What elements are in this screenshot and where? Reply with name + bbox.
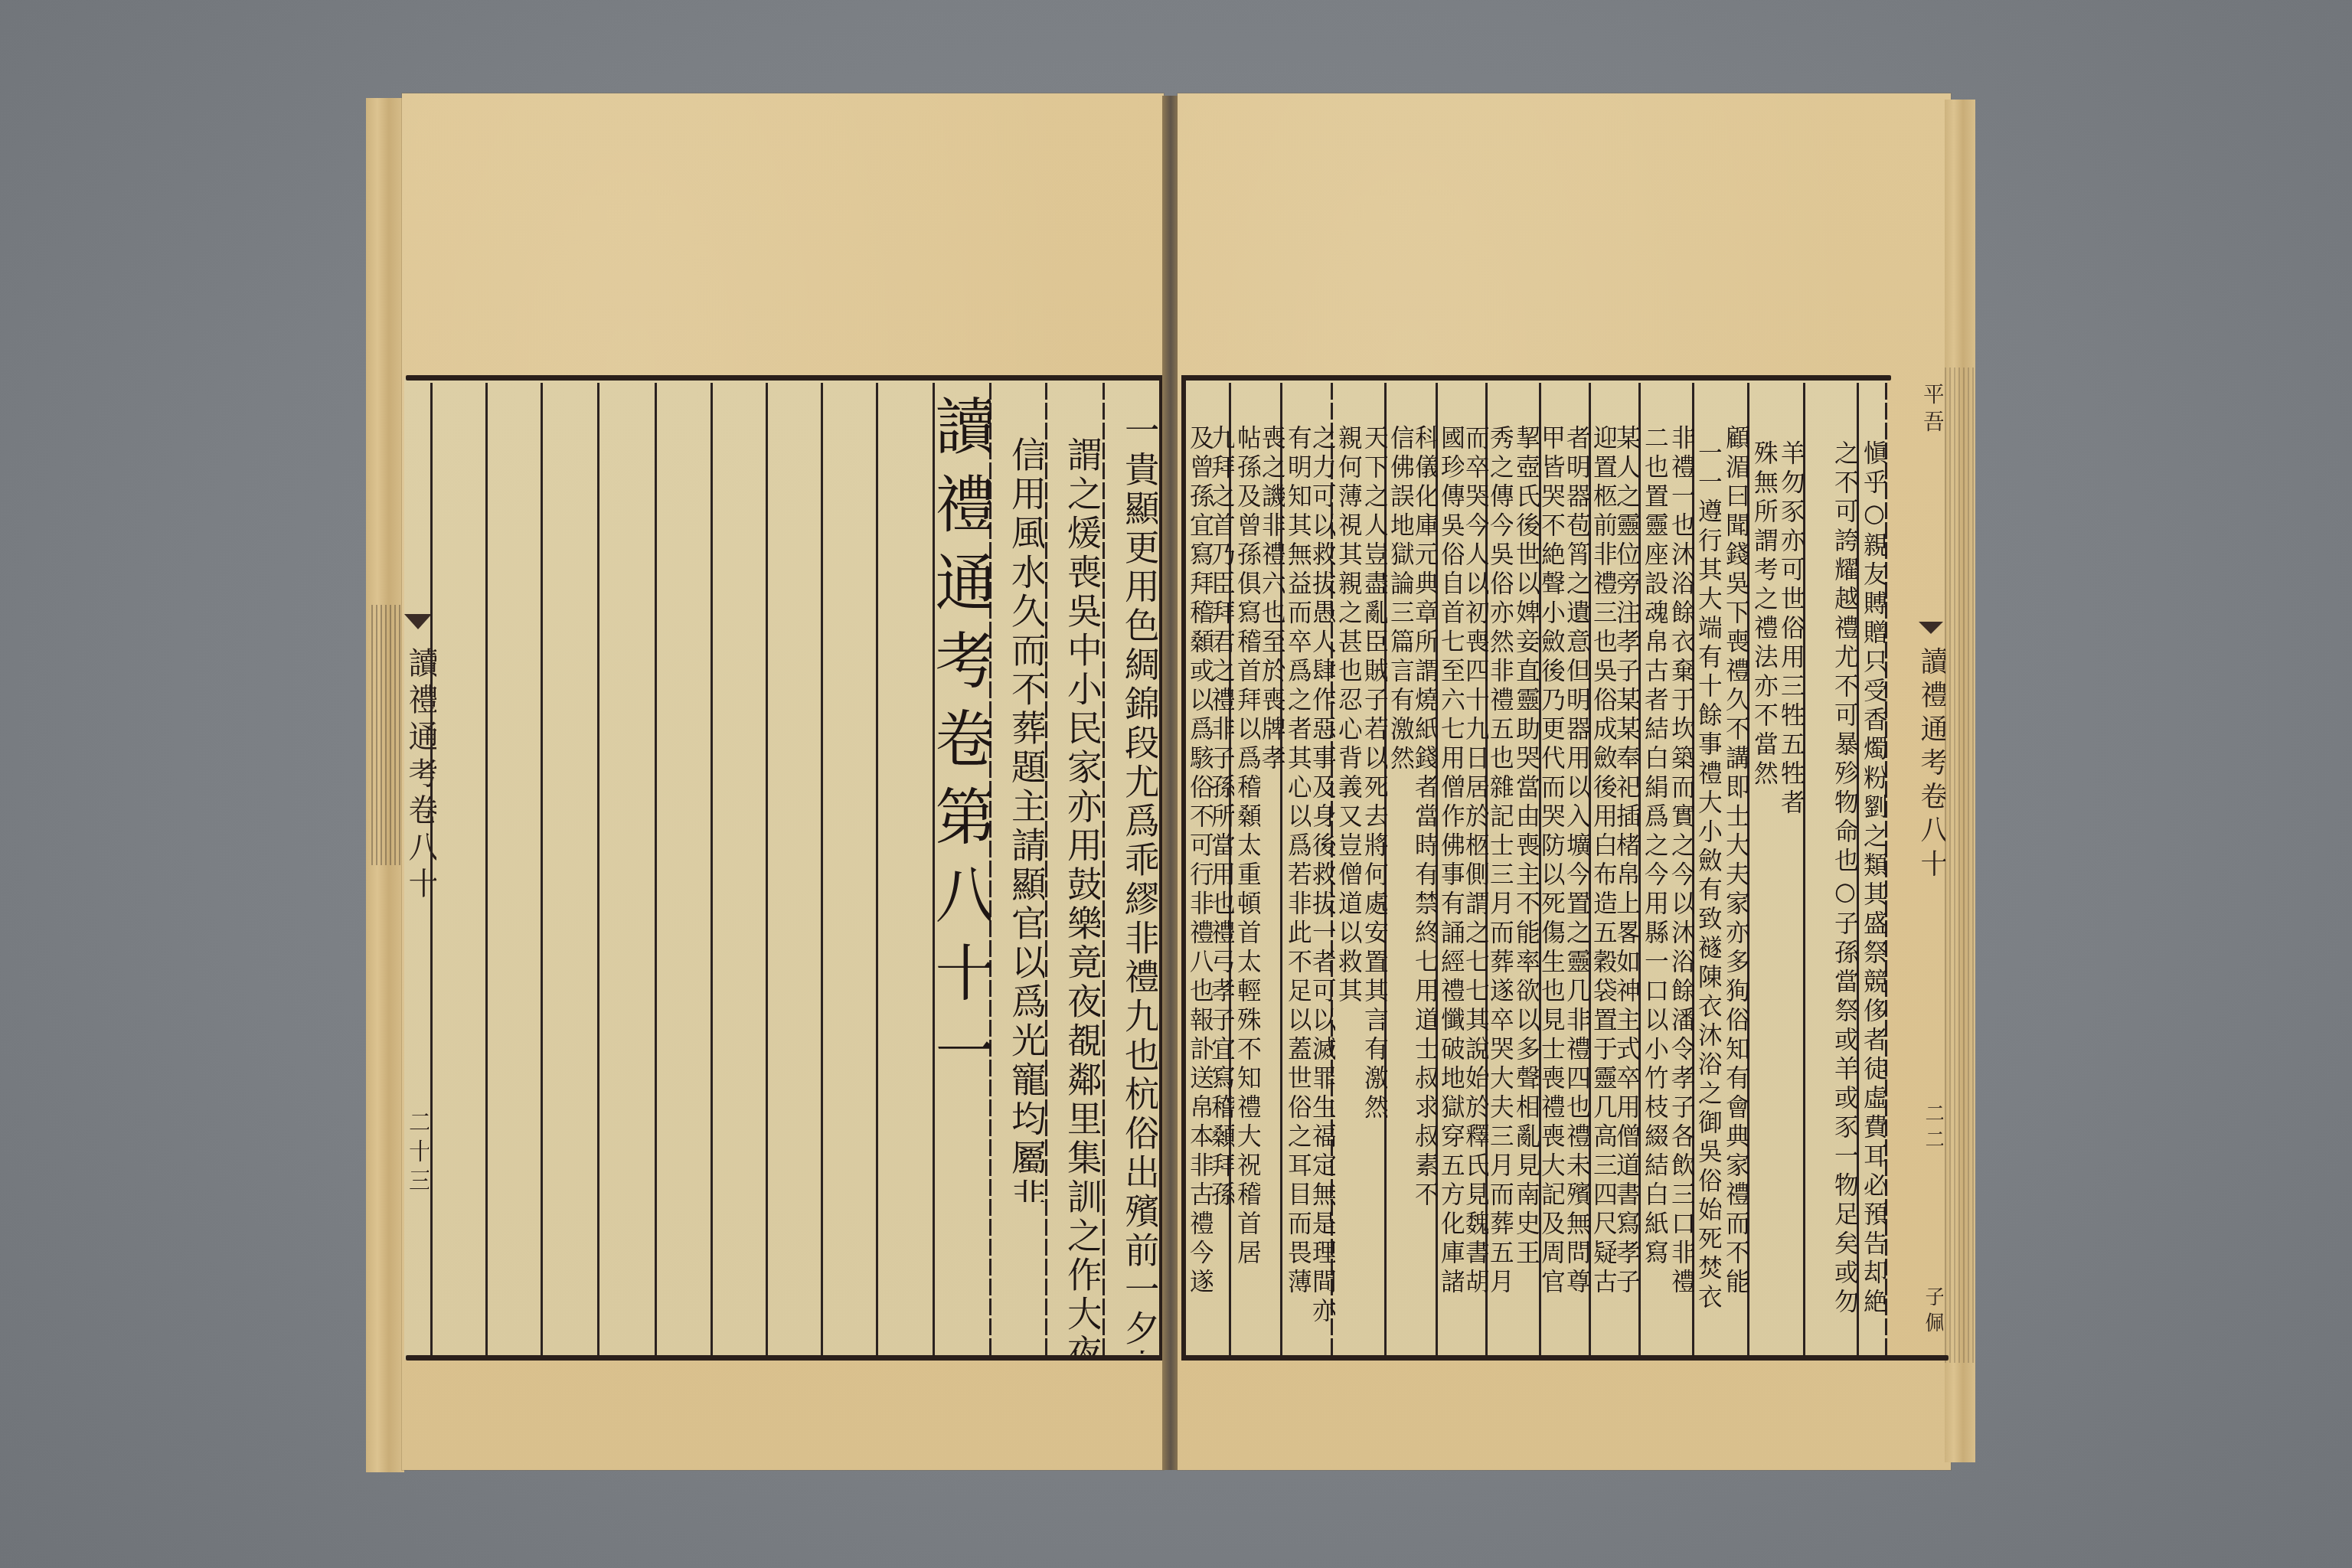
right-page-number: 二二 (1923, 1102, 1943, 1164)
right-frame-top-border (1183, 375, 1891, 381)
chapter-end-title: 讀禮通考卷第八十一 (933, 394, 991, 1083)
right-text-column: 殊無所謂考之禮法亦不當然 (1749, 440, 1777, 1355)
column-rule (485, 383, 488, 1355)
column-rule (766, 383, 768, 1355)
left-fold-ink-stain (371, 605, 402, 865)
right-text-column: 愼乎○親友賻贈只受香燭粉劉之類其盛祭競侈者徒虛費耳必預告却絶 (1859, 440, 1886, 1355)
left-page-printed-area (404, 378, 1162, 1360)
right-text-column: 科儀化庫元典章所謂燒紙錢者當時有禁終七用道士叔求叔素不 (1410, 425, 1438, 1355)
right-text-column: 有明知其無益而卒爲之者其心以爲若非此不足以蓋世俗之耳目而畏薄 (1283, 425, 1311, 1355)
left-fold-fishtail-mark (404, 614, 432, 629)
column-rule (1045, 383, 1047, 1355)
right-text-column: 顧湄曰聞錢吳下喪禮久不講即士大夫家亦多狥俗知有會典家禮而不能 (1721, 425, 1749, 1355)
right-text-column: 而卒哭今人以初喪四十九日居於柩側謂之七七其說始於釋氏見魏書胡 (1461, 425, 1488, 1355)
right-text-column: 信佛誤地獄論三篇言有激然 (1386, 425, 1413, 1355)
right-text-column: 親何薄視其親之甚也忍心背義又豈僧道以救其 (1334, 425, 1361, 1355)
column-rule (821, 383, 823, 1355)
right-text-column: 國珍傳吳俗自首七至六七用僧作佛事有誦經禮懺破地獄穿五方化庫諸 (1436, 425, 1464, 1355)
column-rule (597, 383, 599, 1355)
right-text-column: 者明器苞筲之遺意但明器用以入壙今置之靈几非禮四也禮未殯無問尊 (1562, 425, 1589, 1355)
column-rule (1102, 383, 1105, 1355)
right-header-mark: 平吾 (1922, 383, 1943, 459)
right-text-column: 一一遵行其大端有十餘事禮大小斂有致襚陳衣沐浴之御吳俗始死焚衣 (1694, 440, 1721, 1355)
book-gutter (1162, 96, 1179, 1470)
right-fold-title: 讀禮通考卷八十一 (1918, 647, 1945, 877)
left-frame-top-border (406, 375, 1164, 381)
column-rule (710, 383, 713, 1355)
right-fold-fishtail-mark (1919, 622, 1943, 634)
right-text-column: 迎置柩前非禮三也吳俗成斂後用白布造五穀袋置于靈几高三四尺疑古 (1589, 425, 1616, 1355)
right-text-column: 羊勿豕亦可世俗用三牲五牲者 (1776, 440, 1804, 1355)
right-fold-ink-stain (1945, 367, 1975, 1363)
column-rule (430, 383, 433, 1355)
right-carver-mark: 子佩 (1923, 1286, 1943, 1347)
right-text-column: 挈壺氏後世以婢妾直靈助哭當由喪主不能率欲以多聲相亂見南史王 (1511, 425, 1539, 1355)
right-text-column: 帖孫及曾孫俱寫稽首拜以爲稽顙太重頓首太輕殊不知禮大祝稽首居 (1233, 425, 1260, 1355)
right-text-column: 非禮一也沐浴餘衣棄于坎築而實之今以沐浴餘潘令孝子各飲三口非禮 (1667, 425, 1694, 1355)
left-text-column: 謂之煖喪吳中小民家亦用鼓樂竟夜覩鄰里集訓之作大夜非禮十也至於 (1050, 436, 1100, 1355)
right-text-column: 天下之人豈盡亂臣賊子若以死去將何處安置其言有激然 (1360, 425, 1387, 1355)
right-text-column: 及曾孫宜寫拜稽顙或以爲駭俗不可行非禮八也報訃送帛本非古禮今遂 (1185, 425, 1213, 1355)
right-text-column: 之不可誇耀越禮尤不可暴殄物命也○子孫當祭或羊或豕一物足矣或勿 (1830, 440, 1857, 1355)
column-rule (876, 383, 878, 1355)
left-frame-bottom-border (406, 1355, 1164, 1361)
right-text-column: 甲皆哭不絶聲小斂後乃更代而哭防以死傷生也見士喪禮喪大記及周官 (1537, 425, 1564, 1355)
left-text-column: 信用風水久而不葬題主請顯官以爲光寵均屬非 (994, 436, 1044, 1202)
left-text-column: 一貴顯更用色綢錦段尤爲乖繆非禮九也杭俗出殯前一夕大家則唱戲宴客 (1107, 412, 1158, 1354)
right-text-column: 喪之譏非禮六也至於喪牌孝 (1257, 425, 1285, 1355)
column-rule (655, 383, 657, 1355)
right-frame-bottom-border (1183, 1355, 1949, 1361)
column-rule (541, 383, 543, 1355)
right-text-column: 之力可以救拔愚人肆作惡事及身後救拔一者可以滅罪生福定無是理間亦 (1308, 425, 1335, 1355)
right-text-column: 秀之傳今吳俗亦然非禮五也雜記士三月而葬遂卒哭大夫三月而葬五月 (1485, 425, 1513, 1355)
right-text-column: 二也置靈座設魂帛古者結白絹爲之今用縣一口以小竹枝綴結白紙寫 (1640, 425, 1668, 1355)
left-page-number: 二十三 (406, 1110, 429, 1217)
